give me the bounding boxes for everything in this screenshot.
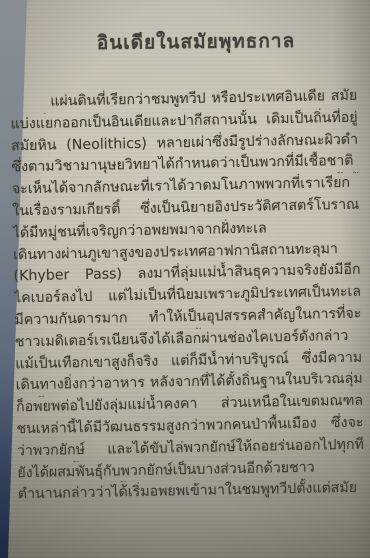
page-body: แผ่นดินที่เรียกว่าชมพูทวีป หรือประเทศอิน… — [10, 86, 365, 507]
book-page-photo: อินเดียในสมัยพุทธกาล แผ่นดินที่เรียกว่าช… — [0, 0, 370, 558]
page-title: อินเดียในสมัยพุทธกาล — [30, 25, 362, 58]
